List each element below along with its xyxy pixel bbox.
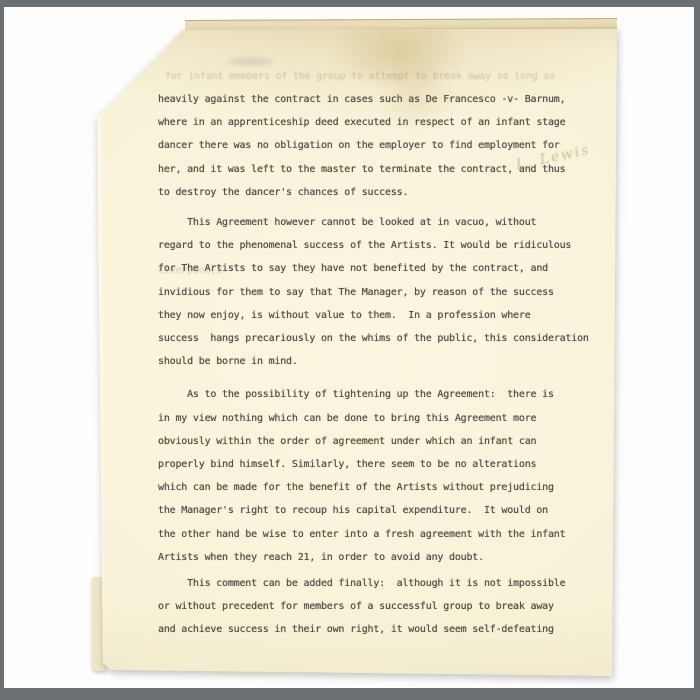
- pencil-smudge: [227, 57, 273, 66]
- paragraph-4: This comment can be added finally: altho…: [158, 572, 594, 642]
- document-page: for infant members of the group to attem…: [95, 25, 618, 678]
- scan-frame-edge: for infant members of the group to attem…: [0, 0, 700, 700]
- paragraph-2: This Agreement however cannot be looked …: [158, 211, 594, 373]
- paragraph-3: As to the possibility of tightening up t…: [158, 383, 594, 569]
- scan-background: for infant members of the group to attem…: [4, 7, 694, 688]
- bleedthrough-text-line: for infant members of the group to attem…: [165, 71, 555, 82]
- typewritten-text-block: heavily against the contract in cases su…: [158, 88, 594, 642]
- paper-shadow-wrap: for infant members of the group to attem…: [95, 25, 618, 678]
- paragraph-1: heavily against the contract in cases su…: [158, 88, 594, 204]
